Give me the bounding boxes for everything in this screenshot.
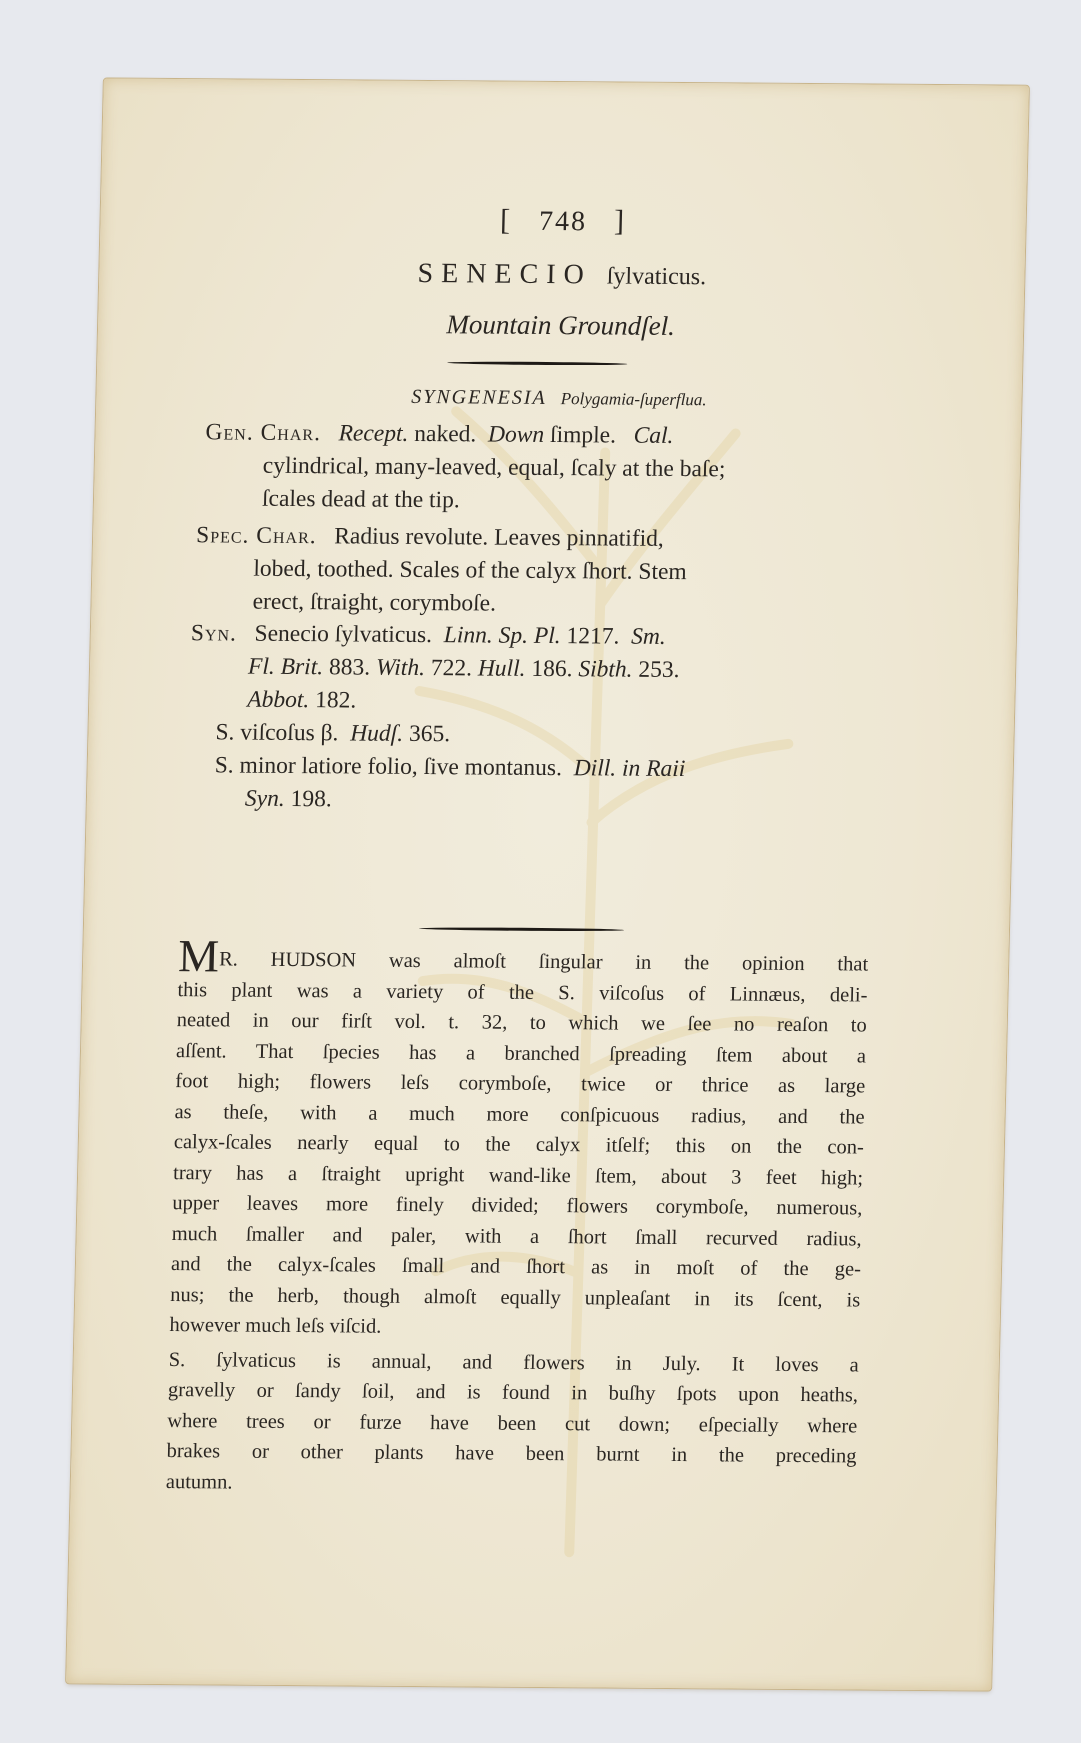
synonym-viscosus: S. viſcoſus β. Hudſ. 365. (188, 716, 869, 754)
title-divider (447, 361, 627, 365)
specific-character: Spec. Char. Radius revolute. Leaves pinn… (194, 519, 868, 623)
book-page: [ 748 ] SENECIO ſylvaticus. Mountain Gro… (66, 78, 1029, 1690)
synonym-minor: S. minor latiore folio, ſive montanus. D… (187, 749, 868, 787)
page-number: [ 748 ] (100, 200, 1026, 241)
linnaean-classification: SYNGENESIAPolygamia-ſuperflua. (96, 383, 1022, 413)
spec-char-label: Spec. Char. (196, 522, 317, 549)
generic-character: Gen. Char. Recept. naked. Down ſimple. C… (204, 416, 866, 520)
species-title: SENECIO ſylvaticus. (99, 255, 1025, 294)
genus-name: SENECIO (417, 258, 592, 290)
synonymy: Syn. Senecio ſylvaticus. Linn. Sp. Pl. 1… (187, 617, 872, 820)
common-name: Mountain Groundſel. (98, 306, 1024, 344)
gen-char-label: Gen. Char. (205, 419, 321, 446)
species-epithet: ſylvaticus. (606, 263, 706, 290)
description-paragraph-2: S. ſylvaticus is annual, and flowers in … (166, 1345, 860, 1503)
description-paragraph-1: MR. HUDSON was almoſt ſingular in the op… (169, 941, 868, 1346)
drop-cap: M (178, 930, 220, 981)
description: MR. HUDSON was almoſt ſingular in the op… (166, 941, 869, 1502)
syn-label: Syn. (191, 620, 238, 646)
section-divider (419, 927, 624, 932)
